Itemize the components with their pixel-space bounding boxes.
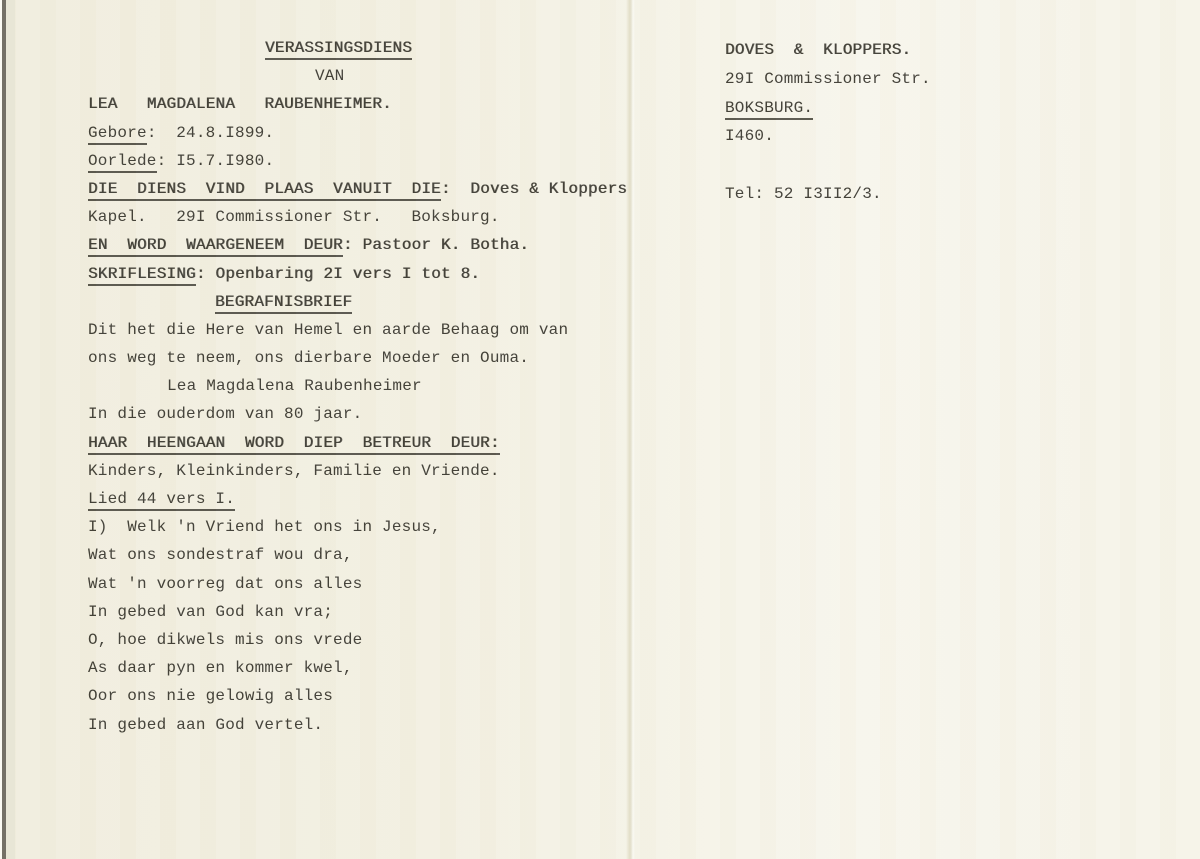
line-hymn-3: Wat 'n voorreg dat ons alles [88, 570, 636, 598]
line-venue-address: Kapel. 29I Commissioner Str. Boksburg. [88, 203, 636, 231]
line-hymn-4: In gebed van God kan vra; [88, 598, 636, 626]
line-mourners: Kinders, Kleinkinders, Familie en Vriend… [88, 457, 636, 485]
line-letter-text-2: ons weg te neem, ons dierbare Moeder en … [88, 344, 636, 372]
line-hymn-2: Wat ons sondestraf wou dra, [88, 541, 636, 569]
line-title: VERASSINGSDIENS [88, 34, 636, 62]
line-hymn-1: I) Welk 'n Vriend het ons in Jesus, [88, 513, 636, 541]
line-hymn-8: In gebed aan God vertel. [88, 711, 636, 739]
scan-edge-shadow [6, 0, 15, 859]
line-funeral-home-city: BOKSBURG. [725, 94, 1145, 123]
line-officiant: EN WORD WAARGENEEM DEUR: Pastoor K. Both… [88, 231, 636, 259]
line-funeral-letter-heading: BEGRAFNISBRIEF [88, 288, 636, 316]
line-hymn-7: Oor ons nie gelowig alles [88, 682, 636, 710]
line-scripture-reading: SKRIFLESING: Openbaring 2I vers I tot 8. [88, 260, 636, 288]
line-mourned-by-heading: HAAR HEENGAAN WORD DIEP BETREUR DEUR: [88, 429, 636, 457]
line-funeral-home-postcode: I460. [725, 122, 1145, 151]
line-letter-name: Lea Magdalena Raubenheimer [88, 372, 636, 400]
line-letter-text-1: Dit het die Here van Hemel en aarde Beha… [88, 316, 636, 344]
line-hymn-5: O, hoe dikwels mis ons vrede [88, 626, 636, 654]
line-hymn-6: As daar pyn en kommer kwel, [88, 654, 636, 682]
service-program-page: VERASSINGSDIENS VAN LEA MAGDALENA RAUBEN… [88, 34, 636, 739]
line-funeral-home-name: DOVES & KLOPPERS. [725, 36, 1145, 65]
line-born: Gebore: 24.8.I899. [88, 119, 636, 147]
line-age: In die ouderdom van 80 jaar. [88, 400, 636, 428]
funeral-home-address-page: DOVES & KLOPPERS. 29I Commissioner Str. … [725, 36, 1145, 209]
scanned-document: VERASSINGSDIENS VAN LEA MAGDALENA RAUBEN… [0, 0, 1200, 859]
line-van: VAN [88, 62, 636, 90]
line-blank [725, 151, 1145, 180]
line-service-venue: DIE DIENS VIND PLAAS VANUIT DIE: Doves &… [88, 175, 636, 203]
line-hymn-heading: Lied 44 vers I. [88, 485, 636, 513]
line-funeral-home-phone: Tel: 52 I3II2/3. [725, 180, 1145, 209]
line-died: Oorlede: I5.7.I980. [88, 147, 636, 175]
line-funeral-home-street: 29I Commissioner Str. [725, 65, 1145, 94]
line-deceased-name: LEA MAGDALENA RAUBENHEIMER. [88, 90, 636, 118]
